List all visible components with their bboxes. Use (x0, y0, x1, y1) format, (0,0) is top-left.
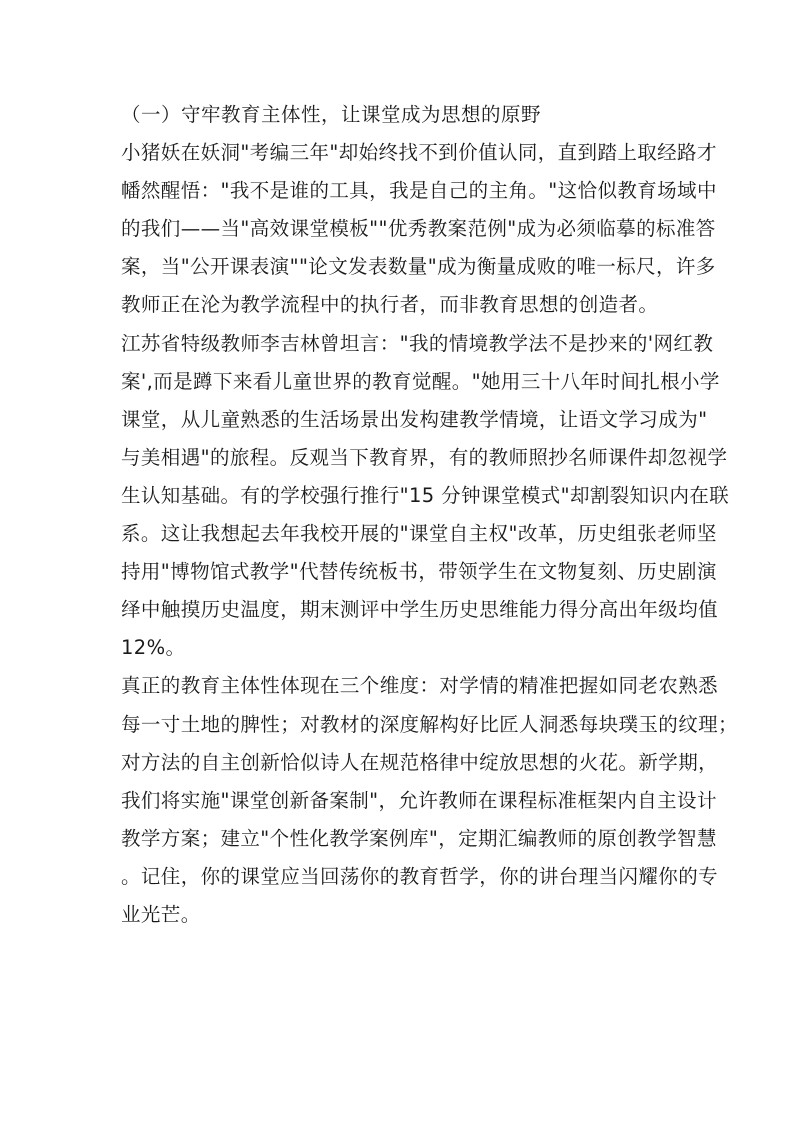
paragraph-line: 生认知基础。有的学校强行推行"15 分钟课堂模式"却割裂知识内在联 (121, 477, 677, 515)
paragraph-line: 系。这让我想起去年我校开展的"课堂自主权"改革，历史组张老师坚 (121, 515, 677, 553)
paragraph-line: 与美相遇"的旅程。反观当下教育界，有的教师照抄名师课件却忽视学 (121, 439, 677, 477)
paragraph-line: 12%。 (121, 629, 677, 667)
paragraph-line: 我们将实施"课堂创新备案制"，允许教师在课程标准框架内自主设计 (121, 782, 677, 820)
paragraph-line: 真正的教育主体性体现在三个维度：对学情的精准把握如同老农熟悉 (121, 667, 677, 705)
paragraph-line: 对方法的自主创新恰似诗人在规范格律中绽放思想的火花。新学期， (121, 744, 677, 782)
paragraph-2: 江苏省特级教师李吉林曾坦言："我的情境教学法不是抄来的'网红教 案',而是蹲下来… (121, 325, 677, 668)
paragraph-line: 绎中触摸历史温度，期末测评中学生历史思维能力得分高出年级均值 (121, 591, 677, 629)
paragraph-line: 案',而是蹲下来看儿童世界的教育觉醒。"她用三十八年时间扎根小学 (121, 363, 677, 401)
paragraph-line: 小猪妖在妖洞"考编三年"却始终找不到价值认同，直到踏上取经路才 (121, 134, 677, 172)
paragraph-line: 每一寸土地的脾性；对教材的深度解构好比匠人洞悉每块璞玉的纹理； (121, 706, 677, 744)
paragraph-1: 小猪妖在妖洞"考编三年"却始终找不到价值认同，直到踏上取经路才 幡然醒悟："我不… (121, 134, 677, 324)
paragraph-line: 业光芒。 (121, 896, 677, 934)
paragraph-line: 课堂，从儿童熟悉的生活场景出发构建教学情境，让语文学习成为" (121, 401, 677, 439)
paragraph-3: 真正的教育主体性体现在三个维度：对学情的精准把握如同老农熟悉 每一寸土地的脾性；… (121, 667, 677, 934)
paragraph-line: 的我们——当"高效课堂模板""优秀教案范例"成为必须临摹的标准答 (121, 210, 677, 248)
paragraph-line: 幡然醒悟："我不是谁的工具，我是自己的主角。"这恰似教育场域中 (121, 172, 677, 210)
paragraph-line: 江苏省特级教师李吉林曾坦言："我的情境教学法不是抄来的'网红教 (121, 325, 677, 363)
paragraph-line: 教师正在沦为教学流程中的执行者，而非教育思想的创造者。 (121, 286, 677, 324)
section-heading: （一）守牢教育主体性，让课堂成为思想的原野 (121, 96, 677, 134)
document-body: （一）守牢教育主体性，让课堂成为思想的原野 小猪妖在妖洞"考编三年"却始终找不到… (121, 96, 677, 934)
paragraph-line: 。记住，你的课堂应当回荡你的教育哲学，你的讲台理当闪耀你的专 (121, 858, 677, 896)
paragraph-line: 持用"博物馆式教学"代替传统板书，带领学生在文物复刻、历史剧演 (121, 553, 677, 591)
document-page: （一）守牢教育主体性，让课堂成为思想的原野 小猪妖在妖洞"考编三年"却始终找不到… (0, 0, 793, 1122)
paragraph-line: 案，当"公开课表演""论文发表数量"成为衡量成败的唯一标尺，许多 (121, 248, 677, 286)
paragraph-line: 教学方案；建立"个性化教学案例库"，定期汇编教师的原创教学智慧 (121, 820, 677, 858)
